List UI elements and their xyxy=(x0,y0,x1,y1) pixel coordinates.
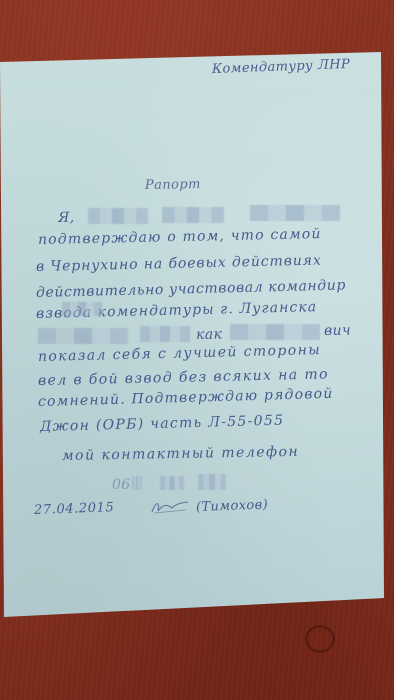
redacted-first-name xyxy=(162,207,224,223)
redacted-phone-part-3 xyxy=(198,474,226,490)
signature-mark xyxy=(150,499,190,515)
signature-name: (Тимохов) xyxy=(196,497,269,515)
redacted-patronymic xyxy=(250,205,340,221)
redacted-phone-part-2 xyxy=(160,476,184,490)
redacted-phone-part-1 xyxy=(132,476,142,490)
line-6: как xyxy=(196,326,223,343)
cup-stain xyxy=(305,625,335,653)
document-date: 27.04.2015 xyxy=(34,500,115,518)
addressee-org: ЛНР xyxy=(318,57,351,73)
document-title: Рапорт xyxy=(145,177,201,193)
redacted-text xyxy=(62,302,102,316)
redacted-commander-name xyxy=(140,326,190,342)
redacted-surname xyxy=(88,208,148,224)
line-1: Я, xyxy=(58,210,75,226)
line-6-suffix: вич xyxy=(324,322,351,339)
redacted-commander-patronymic xyxy=(230,324,320,340)
redacted-commander-surname xyxy=(38,328,128,344)
phone-prefix: 06 xyxy=(112,477,131,493)
